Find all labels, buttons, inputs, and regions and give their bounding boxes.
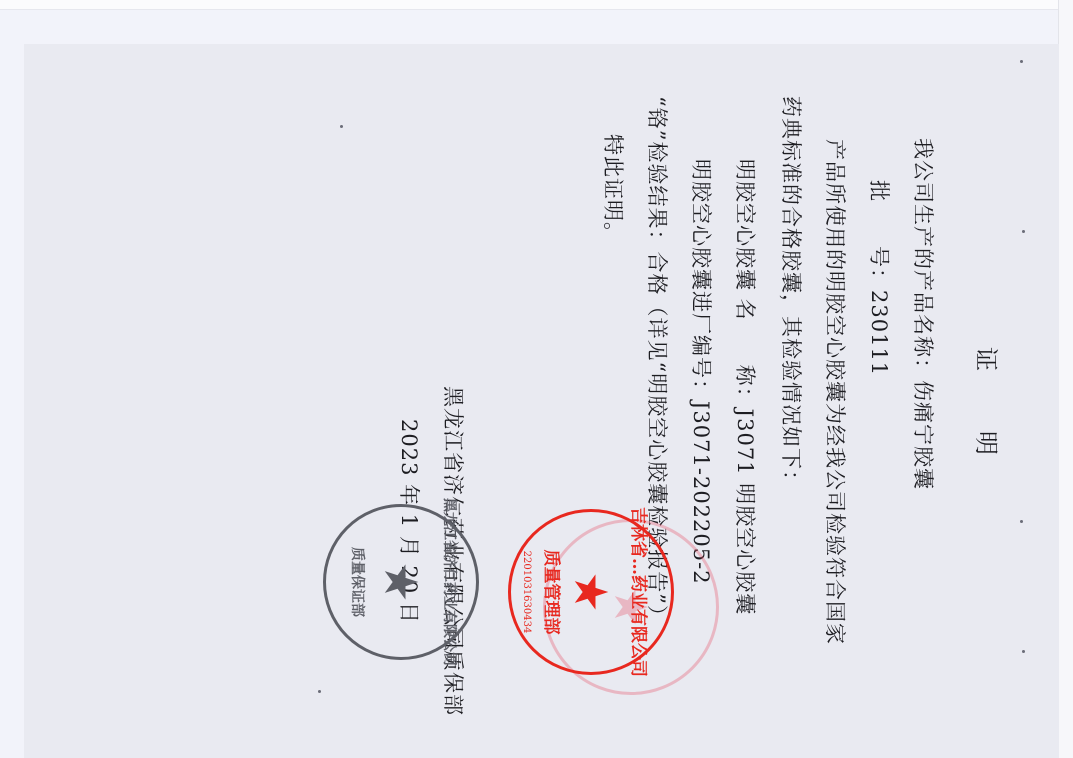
scan-edge-right: [1058, 0, 1073, 758]
scan-speck: [318, 690, 321, 693]
certificate-page: 证明 我公司生产的产品名称：伤痛宁胶囊 批 号：230111 产品所使用的明胶空…: [24, 44, 1059, 758]
scan-speck: [1022, 230, 1025, 233]
page-title: 证明: [971, 44, 1006, 758]
scan-edge-top: [0, 0, 1073, 10]
red-stamp-inner-text: 质量管理部: [541, 550, 566, 635]
star-icon: ★: [568, 571, 614, 612]
line-intake-number: 明胶空心胶囊进厂编号：J3071-202205-2: [687, 159, 717, 585]
scan-speck: [1022, 650, 1025, 653]
red-stamp-outer-text: 吉林省…药业有限公司: [628, 507, 653, 677]
gray-company-stamp: ★ 黑龙江省济仁药业有限公司 质量保证部: [323, 504, 479, 660]
scan-speck: [1020, 520, 1023, 523]
line-closing: 特此证明。: [599, 134, 629, 244]
gray-stamp-outer-text: 黑龙江省济仁药业有限公司: [440, 498, 460, 666]
line-product-name: 我公司生产的产品名称：伤痛宁胶囊: [909, 138, 939, 490]
red-quality-stamp: ★ 吉林省…药业有限公司 质量管理部 2201031630434: [508, 509, 674, 675]
line-batch-number: 批 号：230111: [865, 180, 895, 376]
star-icon: ★: [378, 561, 424, 602]
red-stamp-number: 2201031630434: [521, 551, 532, 634]
line-capsule-statement: 产品所使用的明胶空心胶囊为经我公司检验符合国家: [821, 139, 851, 645]
scan-speck: [340, 125, 343, 128]
line-capsule-name: 明胶空心胶囊 名 称：J3071 明胶空心胶囊: [731, 159, 761, 615]
line-pharmacopoeia: 药典标准的合格胶囊，其检验情况如下：: [777, 96, 807, 492]
scan-speck: [1020, 60, 1023, 63]
gray-stamp-inner-text: 质量保证部: [348, 547, 368, 617]
